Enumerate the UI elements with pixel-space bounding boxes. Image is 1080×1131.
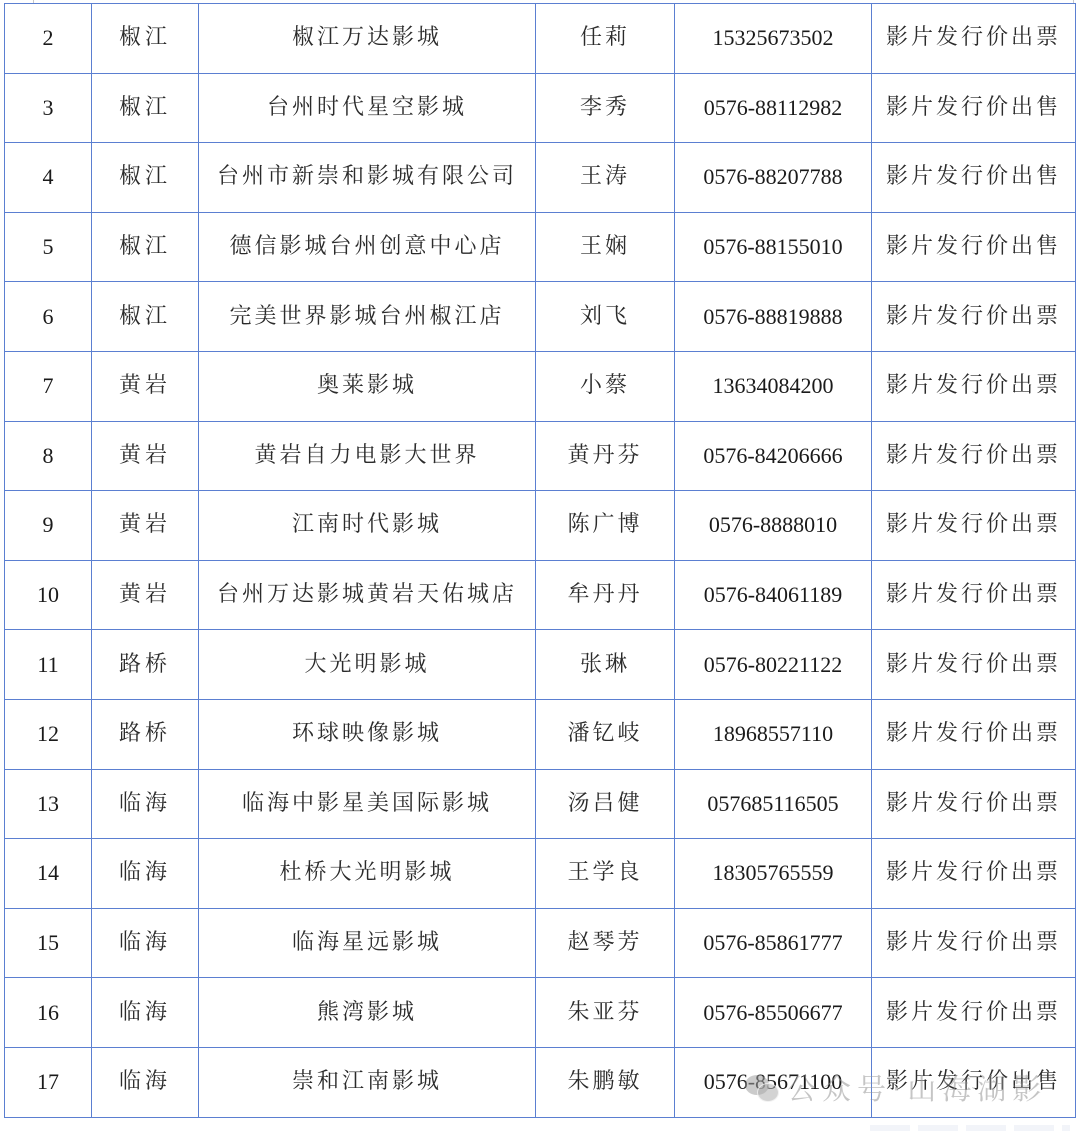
cell-cinema-name: 临海中影星美国际影城 bbox=[199, 769, 536, 839]
cell-serial-number: 4 bbox=[5, 143, 92, 213]
cell-district: 椒江 bbox=[92, 73, 199, 143]
cell-phone-number: 0576-80221122 bbox=[675, 630, 872, 700]
cell-cinema-name: 江南时代影城 bbox=[199, 491, 536, 561]
cell-phone-number: 0576-8888010 bbox=[675, 491, 872, 561]
cell-cinema-name: 台州时代星空影城 bbox=[199, 73, 536, 143]
cell-contact-person: 任莉 bbox=[536, 4, 675, 74]
cell-contact-person: 潘钇岐 bbox=[536, 699, 675, 769]
cell-ticket-policy: 影片发行价出票 bbox=[872, 421, 1076, 491]
cell-ticket-policy: 影片发行价出票 bbox=[872, 491, 1076, 561]
cell-district: 黄岩 bbox=[92, 560, 199, 630]
cell-cinema-name: 黄岩自力电影大世界 bbox=[199, 421, 536, 491]
cell-phone-number: 0576-85506677 bbox=[675, 978, 872, 1048]
table-row: 8 黄岩 黄岩自力电影大世界 黄丹芬 0576-84206666 影片发行价出票 bbox=[5, 421, 1076, 491]
cell-serial-number: 13 bbox=[5, 769, 92, 839]
cell-phone-number: 0576-88207788 bbox=[675, 143, 872, 213]
cell-serial-number: 2 bbox=[5, 4, 92, 74]
cell-district: 黄岩 bbox=[92, 491, 199, 561]
table-row: 7 黄岩 奥莱影城 小蔡 13634084200 影片发行价出票 bbox=[5, 351, 1076, 421]
cell-cinema-name: 大光明影城 bbox=[199, 630, 536, 700]
cell-phone-number: 18305765559 bbox=[675, 839, 872, 909]
cell-ticket-policy: 影片发行价出票 bbox=[872, 978, 1076, 1048]
cell-serial-number: 8 bbox=[5, 421, 92, 491]
cell-serial-number: 15 bbox=[5, 908, 92, 978]
table-row: 6 椒江 完美世界影城台州椒江店 刘飞 0576-88819888 影片发行价出… bbox=[5, 282, 1076, 352]
cell-serial-number: 14 bbox=[5, 839, 92, 909]
cell-ticket-policy: 影片发行价出票 bbox=[872, 4, 1076, 74]
cell-cinema-name: 环球映像影城 bbox=[199, 699, 536, 769]
cell-contact-person: 刘飞 bbox=[536, 282, 675, 352]
cell-phone-number: 18968557110 bbox=[675, 699, 872, 769]
cell-ticket-policy: 影片发行价出票 bbox=[872, 769, 1076, 839]
cell-district: 临海 bbox=[92, 908, 199, 978]
table-row: 4 椒江 台州市新崇和影城有限公司 王涛 0576-88207788 影片发行价… bbox=[5, 143, 1076, 213]
table-row: 11 路桥 大光明影城 张琳 0576-80221122 影片发行价出票 bbox=[5, 630, 1076, 700]
cell-serial-number: 7 bbox=[5, 351, 92, 421]
cell-ticket-policy: 影片发行价出售 bbox=[872, 1047, 1076, 1117]
table-row: 2 椒江 椒江万达影城 任莉 15325673502 影片发行价出票 bbox=[5, 4, 1076, 74]
cell-serial-number: 17 bbox=[5, 1047, 92, 1117]
table-row: 10 黄岩 台州万达影城黄岩天佑城店 牟丹丹 0576-84061189 影片发… bbox=[5, 560, 1076, 630]
cell-contact-person: 张琳 bbox=[536, 630, 675, 700]
cell-cinema-name: 完美世界影城台州椒江店 bbox=[199, 282, 536, 352]
table-row: 9 黄岩 江南时代影城 陈广博 0576-8888010 影片发行价出票 bbox=[5, 491, 1076, 561]
cell-phone-number: 0576-88819888 bbox=[675, 282, 872, 352]
cell-phone-number: 13634084200 bbox=[675, 351, 872, 421]
cell-district: 椒江 bbox=[92, 143, 199, 213]
table-row: 12 路桥 环球映像影城 潘钇岐 18968557110 影片发行价出票 bbox=[5, 699, 1076, 769]
cell-contact-person: 李秀 bbox=[536, 73, 675, 143]
cell-phone-number: 0576-84061189 bbox=[675, 560, 872, 630]
cell-serial-number: 16 bbox=[5, 978, 92, 1048]
cell-district: 黄岩 bbox=[92, 421, 199, 491]
cell-serial-number: 9 bbox=[5, 491, 92, 561]
cell-ticket-policy: 影片发行价出票 bbox=[872, 839, 1076, 909]
cell-phone-number: 0576-85671100 bbox=[675, 1047, 872, 1117]
cell-phone-number: 057685116505 bbox=[675, 769, 872, 839]
cell-district: 椒江 bbox=[92, 4, 199, 74]
cell-ticket-policy: 影片发行价出票 bbox=[872, 351, 1076, 421]
cell-contact-person: 牟丹丹 bbox=[536, 560, 675, 630]
cinema-contact-table: 2 椒江 椒江万达影城 任莉 15325673502 影片发行价出票 3 椒江 … bbox=[4, 3, 1076, 1118]
table-row: 5 椒江 德信影城台州创意中心店 王娴 0576-88155010 影片发行价出… bbox=[5, 212, 1076, 282]
cell-contact-person: 汤吕健 bbox=[536, 769, 675, 839]
cell-contact-person: 王学良 bbox=[536, 839, 675, 909]
cell-serial-number: 11 bbox=[5, 630, 92, 700]
cell-district: 临海 bbox=[92, 769, 199, 839]
cell-cinema-name: 临海星远影城 bbox=[199, 908, 536, 978]
cell-contact-person: 朱鹏敏 bbox=[536, 1047, 675, 1117]
cell-phone-number: 0576-88112982 bbox=[675, 73, 872, 143]
cell-district: 路桥 bbox=[92, 699, 199, 769]
cell-ticket-policy: 影片发行价出票 bbox=[872, 908, 1076, 978]
cell-contact-person: 黄丹芬 bbox=[536, 421, 675, 491]
cell-ticket-policy: 影片发行价出票 bbox=[872, 699, 1076, 769]
cell-cinema-name: 杜桥大光明影城 bbox=[199, 839, 536, 909]
cell-contact-person: 王娴 bbox=[536, 212, 675, 282]
cell-district: 黄岩 bbox=[92, 351, 199, 421]
bottom-edge-artifact bbox=[870, 1125, 1070, 1131]
cell-ticket-policy: 影片发行价出票 bbox=[872, 282, 1076, 352]
cell-cinema-name: 台州万达影城黄岩天佑城店 bbox=[199, 560, 536, 630]
cell-district: 临海 bbox=[92, 1047, 199, 1117]
cell-ticket-policy: 影片发行价出售 bbox=[872, 212, 1076, 282]
cell-phone-number: 15325673502 bbox=[675, 4, 872, 74]
cell-cinema-name: 椒江万达影城 bbox=[199, 4, 536, 74]
cell-cinema-name: 崇和江南影城 bbox=[199, 1047, 536, 1117]
cell-ticket-policy: 影片发行价出售 bbox=[872, 143, 1076, 213]
cell-district: 临海 bbox=[92, 839, 199, 909]
cell-cinema-name: 奥莱影城 bbox=[199, 351, 536, 421]
table-row: 16 临海 熊湾影城 朱亚芬 0576-85506677 影片发行价出票 bbox=[5, 978, 1076, 1048]
cell-district: 椒江 bbox=[92, 282, 199, 352]
cell-serial-number: 5 bbox=[5, 212, 92, 282]
table-row: 15 临海 临海星远影城 赵琴芳 0576-85861777 影片发行价出票 bbox=[5, 908, 1076, 978]
cell-phone-number: 0576-85861777 bbox=[675, 908, 872, 978]
cell-contact-person: 赵琴芳 bbox=[536, 908, 675, 978]
cell-district: 椒江 bbox=[92, 212, 199, 282]
cell-phone-number: 0576-84206666 bbox=[675, 421, 872, 491]
cell-phone-number: 0576-88155010 bbox=[675, 212, 872, 282]
cell-district: 临海 bbox=[92, 978, 199, 1048]
cell-ticket-policy: 影片发行价出票 bbox=[872, 630, 1076, 700]
cell-serial-number: 10 bbox=[5, 560, 92, 630]
table-row: 17 临海 崇和江南影城 朱鹏敏 0576-85671100 影片发行价出售 bbox=[5, 1047, 1076, 1117]
cell-contact-person: 陈广博 bbox=[536, 491, 675, 561]
cell-serial-number: 3 bbox=[5, 73, 92, 143]
table-row: 14 临海 杜桥大光明影城 王学良 18305765559 影片发行价出票 bbox=[5, 839, 1076, 909]
table-row: 13 临海 临海中影星美国际影城 汤吕健 057685116505 影片发行价出… bbox=[5, 769, 1076, 839]
cell-ticket-policy: 影片发行价出票 bbox=[872, 560, 1076, 630]
table-body: 2 椒江 椒江万达影城 任莉 15325673502 影片发行价出票 3 椒江 … bbox=[5, 4, 1076, 1118]
cell-cinema-name: 台州市新崇和影城有限公司 bbox=[199, 143, 536, 213]
table-row: 3 椒江 台州时代星空影城 李秀 0576-88112982 影片发行价出售 bbox=[5, 73, 1076, 143]
cell-district: 路桥 bbox=[92, 630, 199, 700]
cell-serial-number: 6 bbox=[5, 282, 92, 352]
cell-contact-person: 小蔡 bbox=[536, 351, 675, 421]
cell-ticket-policy: 影片发行价出售 bbox=[872, 73, 1076, 143]
cell-contact-person: 朱亚芬 bbox=[536, 978, 675, 1048]
cell-serial-number: 12 bbox=[5, 699, 92, 769]
cell-cinema-name: 德信影城台州创意中心店 bbox=[199, 212, 536, 282]
cell-cinema-name: 熊湾影城 bbox=[199, 978, 536, 1048]
cell-contact-person: 王涛 bbox=[536, 143, 675, 213]
